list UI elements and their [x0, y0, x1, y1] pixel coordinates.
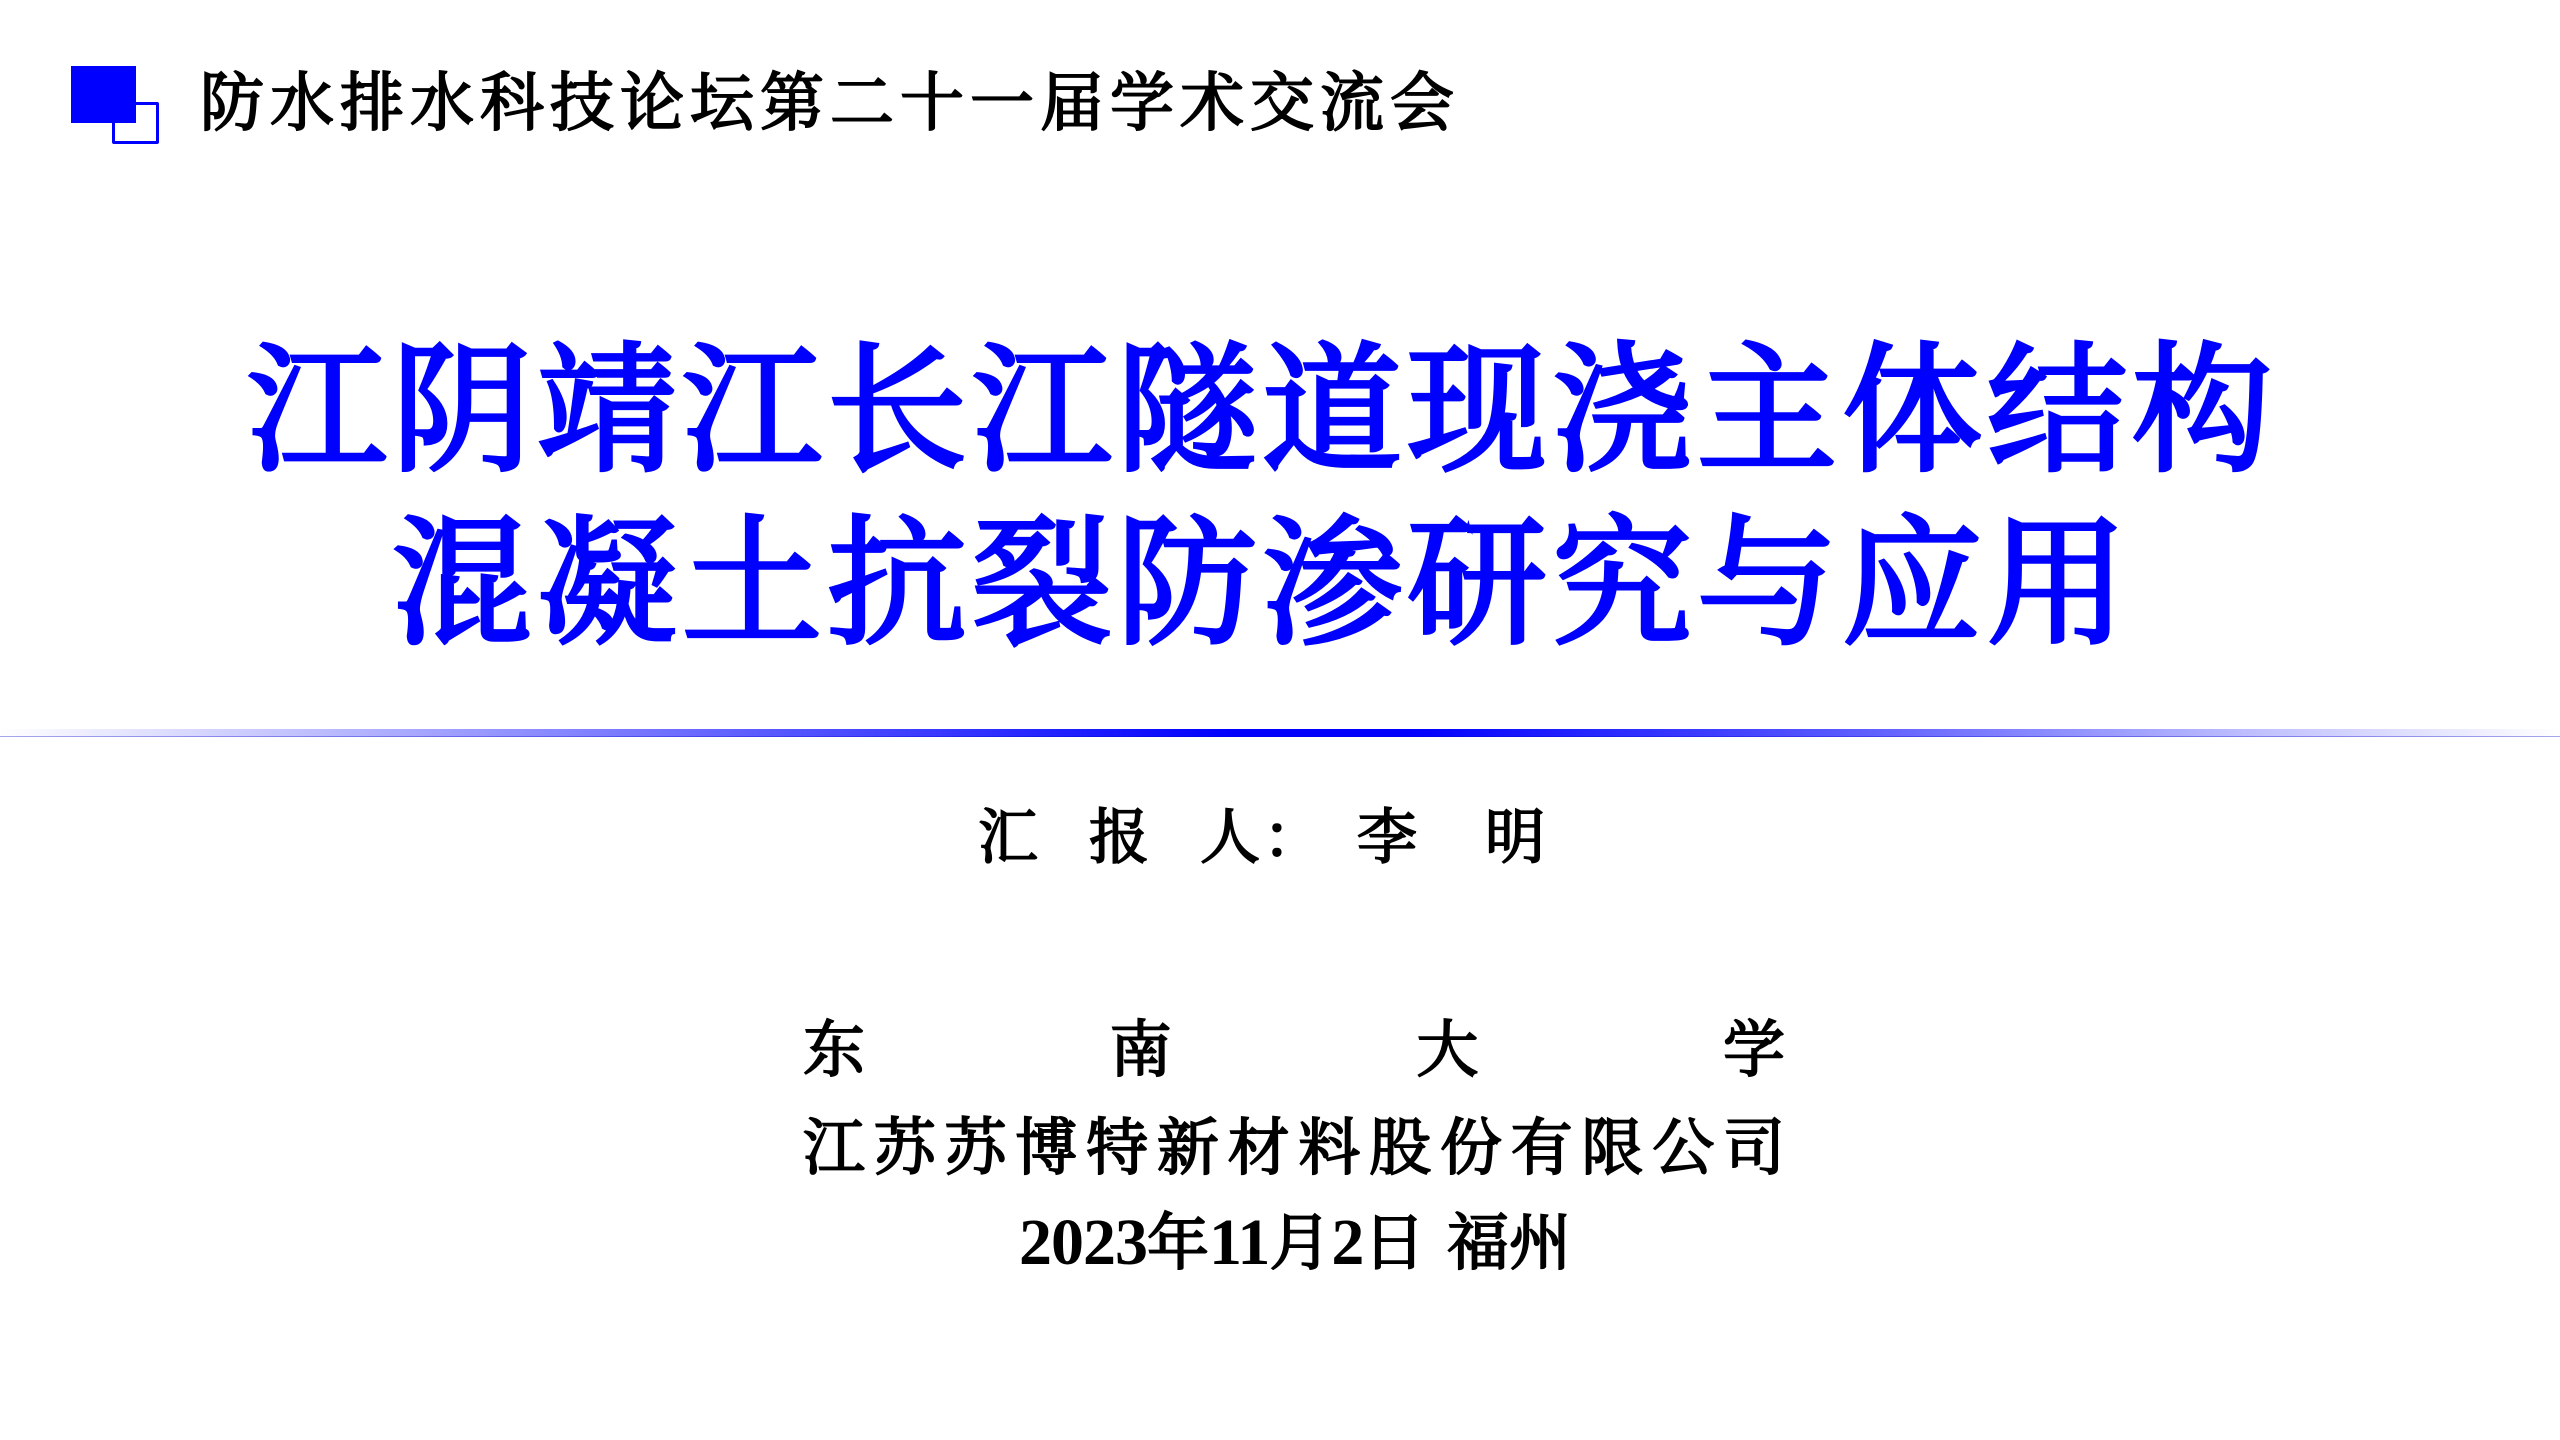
company-char: 特: [1086, 1108, 1148, 1188]
logo-filled-square: [71, 66, 136, 123]
company-char: 新: [1157, 1108, 1219, 1188]
company-char: 有: [1511, 1108, 1573, 1188]
company-char: 限: [1581, 1108, 1643, 1188]
overlapping-squares-icon: [71, 66, 161, 146]
presenter-label-char: 报: [1089, 798, 1149, 878]
university-char: 东: [803, 1010, 865, 1090]
company-char: 料: [1298, 1108, 1360, 1188]
presenter-label-char: 汇: [978, 798, 1038, 878]
university-char: 南: [1110, 1010, 1172, 1090]
title-slide: 防水排水科技论坛第二十一届学术交流会 江阴靖江长江隧道现浇主体结构 混凝土抗裂防…: [0, 0, 2560, 1440]
event-location: 福州: [1447, 1206, 1571, 1279]
conference-name: 防水排水科技论坛第二十一届学术交流会: [200, 64, 1460, 144]
event-date-location: 2023年11月2日 福州: [0, 1203, 2560, 1283]
event-day: 2: [1331, 1206, 1363, 1279]
university-name: 东 南 大 学: [803, 1010, 1785, 1090]
presenter-name-char: 明: [1485, 798, 1545, 878]
event-month: 11: [1209, 1206, 1269, 1279]
title-divider: [0, 729, 2560, 737]
event-year: 2023: [1019, 1206, 1147, 1279]
company-char: 股: [1369, 1108, 1431, 1188]
university-char: 学: [1723, 1010, 1785, 1090]
company-char: 司: [1723, 1108, 1785, 1188]
event-day-unit: 日: [1363, 1206, 1425, 1279]
presenter-colon: ：: [1263, 798, 1323, 878]
company-name: 江 苏 苏 博 特 新 材 料 股 份 有 限 公 司: [803, 1108, 1785, 1188]
company-char: 苏: [945, 1108, 1007, 1188]
company-char: 份: [1440, 1108, 1502, 1188]
title-line-1: 江阴靖江长江隧道现浇主体结构: [0, 325, 2524, 498]
company-char: 材: [1228, 1108, 1290, 1188]
university-char: 大: [1416, 1010, 1478, 1090]
company-char: 公: [1652, 1108, 1714, 1188]
presentation-title: 江阴靖江长江隧道现浇主体结构 混凝土抗裂防渗研究与应用: [0, 325, 2524, 671]
company-char: 博: [1015, 1108, 1077, 1188]
event-month-unit: 月: [1269, 1206, 1331, 1279]
presenter-name-char: 李: [1357, 798, 1417, 878]
company-char: 苏: [874, 1108, 936, 1188]
event-year-unit: 年: [1147, 1206, 1209, 1279]
title-line-2: 混凝土抗裂防渗研究与应用: [0, 498, 2524, 671]
presenter-label-char: 人: [1200, 798, 1260, 878]
company-char: 江: [803, 1108, 865, 1188]
